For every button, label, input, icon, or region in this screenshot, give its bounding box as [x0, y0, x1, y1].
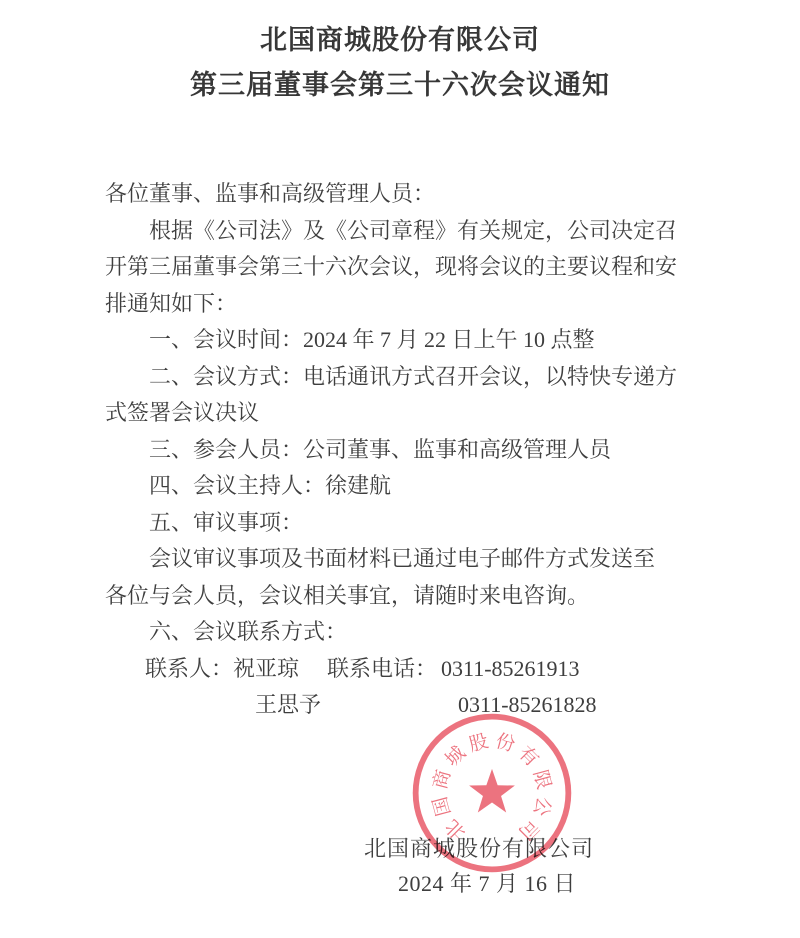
contact-person-label: 联系人：	[145, 651, 233, 688]
company-title: 北国商城股份有限公司	[0, 24, 800, 56]
item-participants: 三、参会人员：公司董事、监事和高级管理人员	[105, 432, 705, 469]
review-detail-2: 各位与会人员，会议相关事宜，请随时来电咨询。	[105, 578, 705, 615]
seal-char: 国	[429, 794, 455, 818]
seal-char: 有	[514, 742, 543, 771]
contact-row-2: 王思予0311-85261828	[105, 687, 705, 724]
intro-line-3: 排通知如下：	[105, 286, 705, 323]
contact-person-2: 王思予	[255, 687, 321, 724]
seal-char: 公	[529, 794, 554, 818]
intro-line-2: 开第三届董事会第三十六次会议，现将会议的主要议程和安	[105, 249, 705, 286]
item-contact: 六、会议联系方式：	[105, 614, 705, 651]
seal-char: 商	[429, 768, 455, 792]
seal-char: 司	[514, 815, 543, 844]
contact-person-1: 祝亚琼	[233, 656, 299, 681]
seal-star-icon	[469, 769, 515, 813]
company-seal-stamp: 北 国 商 城 股 份 有 限 公 司	[409, 710, 575, 876]
item-meeting-method: 二、会议方式：电话通讯方式召开会议，以特快专递方	[105, 359, 705, 396]
item-meeting-time: 一、会议时间：2024 年 7 月 22 日上午 10 点整	[105, 322, 705, 359]
seal-char: 城	[441, 742, 470, 771]
notice-body: 各位董事、监事和高级管理人员： 根据《公司法》及《公司章程》有关规定，公司决定召…	[105, 176, 705, 724]
document-header: 北国商城股份有限公司 第三届董事会第三十六次会议通知	[0, 0, 800, 101]
seal-char: 份	[493, 730, 517, 756]
seal-char: 北	[441, 815, 470, 844]
item-host: 四、会议主持人：徐建航	[105, 468, 705, 505]
contact-row-1: 联系人：祝亚琼联系电话：0311-85261913	[105, 651, 705, 688]
seal-char: 股	[467, 730, 491, 756]
document-page: 北国商城股份有限公司 第三届董事会第三十六次会议通知 各位董事、监事和高级管理人…	[0, 0, 800, 938]
notice-title: 第三届董事会第三十六次会议通知	[0, 69, 800, 101]
item-review: 五、审议事项：	[105, 505, 705, 542]
salutation-line: 各位董事、监事和高级管理人员：	[105, 176, 705, 213]
contact-phone-1: 0311-85261913	[441, 651, 580, 688]
review-detail-1: 会议审议事项及书面材料已通过电子邮件方式发送至	[105, 541, 705, 578]
intro-line-1: 根据《公司法》及《公司章程》有关规定，公司决定召	[105, 213, 705, 250]
contact-phone-label: 联系电话：	[327, 651, 437, 688]
seal-char: 限	[529, 768, 555, 792]
item-method-cont: 式签署会议决议	[105, 395, 705, 432]
